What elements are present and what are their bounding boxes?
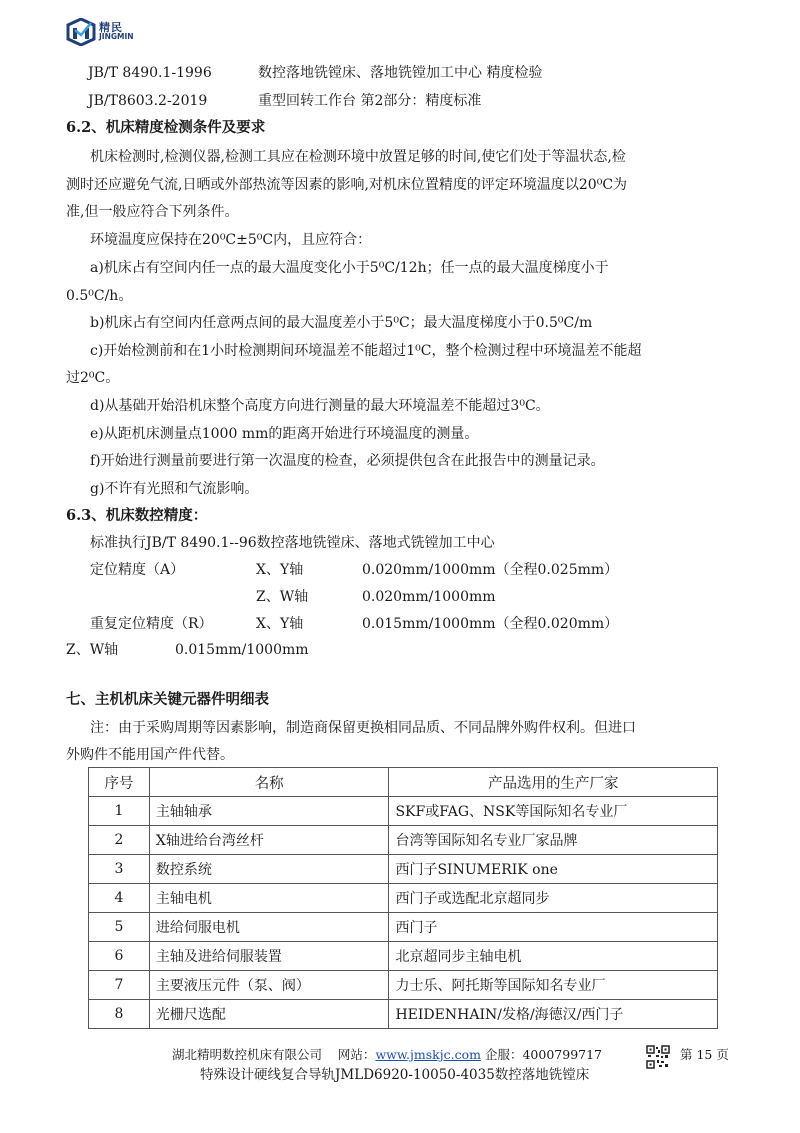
accuracy-value-1: 0.020mm/1000mm（全程0.025mm） [362, 560, 618, 580]
footer-service-phone: 4000799717 [522, 1047, 602, 1062]
footer-contact: 湖北精明数控机床有限公司 网站：www.jmskjc.com 企服：400079… [172, 1045, 602, 1063]
cell-name: 光栅尺选配 [149, 1000, 389, 1029]
section-6-3-title: 6.3、机床数控精度： [66, 506, 207, 526]
logo-mark-icon [66, 18, 96, 46]
section-7-title: 七、主机机床关键元器件明细表 [66, 690, 269, 710]
table-row: 2 X轴进给台湾丝杆 台湾等国际知名专业厂家品牌 [89, 826, 718, 855]
accuracy-label-3: 重复定位精度（R） [90, 614, 213, 634]
page-number: 第 15 页 [680, 1045, 729, 1063]
cell-seq: 3 [89, 855, 150, 884]
cell-manufacturer: HEIDENHAIN/发格/海德汉/西门子 [389, 1000, 718, 1029]
note-line-1: 注：由于采购周期等因素影响，制造商保留更换相同品质、不同品牌外购件权利。但进口 [90, 718, 636, 738]
cell-seq: 1 [89, 797, 150, 826]
table-row: 3 数控系统 西门子SINUMERIK one [89, 855, 718, 884]
footer-service-label: 企服： [485, 1047, 523, 1062]
company-logo: 精民 JINGMIN [66, 18, 166, 48]
accuracy-value-2: 0.020mm/1000mm [362, 587, 496, 607]
condition-f: f)开始进行测量前要进行第一次温度的检查，必须提供包含在此报告中的测量记录。 [90, 451, 605, 471]
cell-seq: 5 [89, 913, 150, 942]
header-manufacturer: 产品选用的生产厂家 [389, 768, 718, 797]
key-components-table: 序号 名称 产品选用的生产厂家 1 主轴轴承 SKF或FAG、NSK等国际知名专… [88, 767, 718, 1029]
condition-b: b)机床占有空间内任意两点间的最大温度差小于5⁰C；最大温度梯度小于0.5⁰C/… [90, 313, 592, 333]
footer-website-label: 网站： [338, 1047, 376, 1062]
section-6-2-title: 6.2、机床精度检测条件及要求 [66, 118, 265, 138]
accuracy-axis-1: X、Y轴 [256, 560, 303, 580]
accuracy-axis-2: Z、W轴 [256, 587, 308, 607]
condition-e: e)从距机床测量点1000 mm的距离开始进行环境温度的测量。 [90, 424, 478, 444]
table-row: 6 主轴及进给伺服装置 北京超同步主轴电机 [89, 942, 718, 971]
standard-desc-1: 数控落地铣镗床、落地铣镗加工中心 精度检验 [258, 63, 542, 83]
cell-manufacturer: 台湾等国际知名专业厂家品牌 [389, 826, 718, 855]
cell-seq: 2 [89, 826, 150, 855]
cell-seq: 6 [89, 942, 150, 971]
cell-seq: 7 [89, 971, 150, 1000]
condition-a-line-2: 0.5⁰C/h。 [66, 286, 132, 306]
accuracy-label-1: 定位精度（A） [90, 560, 184, 580]
condition-a-line-1: a)机床占有空间内任一点的最大温度变化小于5⁰C/12h；任一点的最大温度梯度小… [90, 258, 609, 278]
accuracy-axis-4: Z、W轴 [66, 640, 118, 660]
cell-seq: 8 [89, 1000, 150, 1029]
cell-manufacturer: 北京超同步主轴电机 [389, 942, 718, 971]
cell-name: 主轴及进给伺服装置 [149, 942, 389, 971]
cell-name: 主要液压元件（泵、阀） [149, 971, 389, 1000]
cell-name: 主轴轴承 [149, 797, 389, 826]
para-1-line-3: 准,但一般应符合下列条件。 [66, 202, 238, 222]
cell-name: X轴进给台湾丝杆 [149, 826, 389, 855]
footer-website-link[interactable]: www.jmskjc.com [375, 1047, 481, 1062]
header-name: 名称 [149, 768, 389, 797]
table-row: 1 主轴轴承 SKF或FAG、NSK等国际知名专业厂 [89, 797, 718, 826]
cell-name: 进给伺服电机 [149, 913, 389, 942]
standard-code-1: JB/T 8490.1-1996 [88, 63, 212, 83]
table-row: 4 主轴电机 西门子或选配北京超同步 [89, 884, 718, 913]
condition-c-line-1: c)开始检测前和在1小时检测期间环境温差不能超过1⁰C，整个检测过程中环境温差不… [90, 341, 641, 361]
logo-text-en: JINGMIN [99, 32, 134, 41]
cell-manufacturer: 西门子SINUMERIK one [389, 855, 718, 884]
accuracy-value-3: 0.015mm/1000mm（全程0.020mm） [362, 614, 618, 634]
condition-c-line-2: 过2⁰C。 [66, 368, 119, 388]
qr-code-icon [646, 1045, 670, 1069]
standard-desc-2: 重型回转工作台 第2部分：精度标准 [258, 91, 481, 111]
cell-manufacturer: 力士乐、阿托斯等国际知名专业厂 [389, 971, 718, 1000]
para-1-line-1: 机床检测时,检测仪器,检测工具应在检测环境中放置足够的时间,使它们处于等温状态,… [90, 147, 626, 167]
table-row: 7 主要液压元件（泵、阀） 力士乐、阿托斯等国际知名专业厂 [89, 971, 718, 1000]
cell-manufacturer: 西门子或选配北京超同步 [389, 884, 718, 913]
accuracy-axis-3: X、Y轴 [256, 614, 303, 634]
accuracy-value-4: 0.015mm/1000mm [175, 640, 309, 660]
cell-manufacturer: 西门子 [389, 913, 718, 942]
cell-name: 主轴电机 [149, 884, 389, 913]
table-row: 5 进给伺服电机 西门子 [89, 913, 718, 942]
standard-code-2: JB/T8603.2-2019 [88, 91, 207, 111]
condition-d: d)从基础开始沿机床整个高度方向进行测量的最大环境温差不能超过3⁰C。 [90, 396, 550, 416]
accuracy-standard: 标准执行JB/T 8490.1--96数控落地铣镗床、落地式铣镗加工中心 [90, 533, 495, 553]
cell-name: 数控系统 [149, 855, 389, 884]
condition-g: g)不许有光照和气流影响。 [90, 479, 258, 499]
note-line-2: 外购件不能用国产件代替。 [66, 745, 234, 765]
para-2: 环境温度应保持在20⁰C±5⁰C内，且应符合： [90, 230, 371, 250]
table-header-row: 序号 名称 产品选用的生产厂家 [89, 768, 718, 797]
footer-company: 湖北精明数控机床有限公司 [172, 1047, 322, 1062]
cell-seq: 4 [89, 884, 150, 913]
para-1-line-2: 测时还应避免气流,日晒或外部热流等因素的影响,对机床位置精度的评定环境温度以20… [66, 175, 627, 195]
footer-product: 特殊设计硬线复合导轨JMLD6920-10050-4035数控落地铣镗床 [200, 1063, 589, 1083]
cell-manufacturer: SKF或FAG、NSK等国际知名专业厂 [389, 797, 718, 826]
table-row: 8 光栅尺选配 HEIDENHAIN/发格/海德汉/西门子 [89, 1000, 718, 1029]
header-seq: 序号 [89, 768, 150, 797]
